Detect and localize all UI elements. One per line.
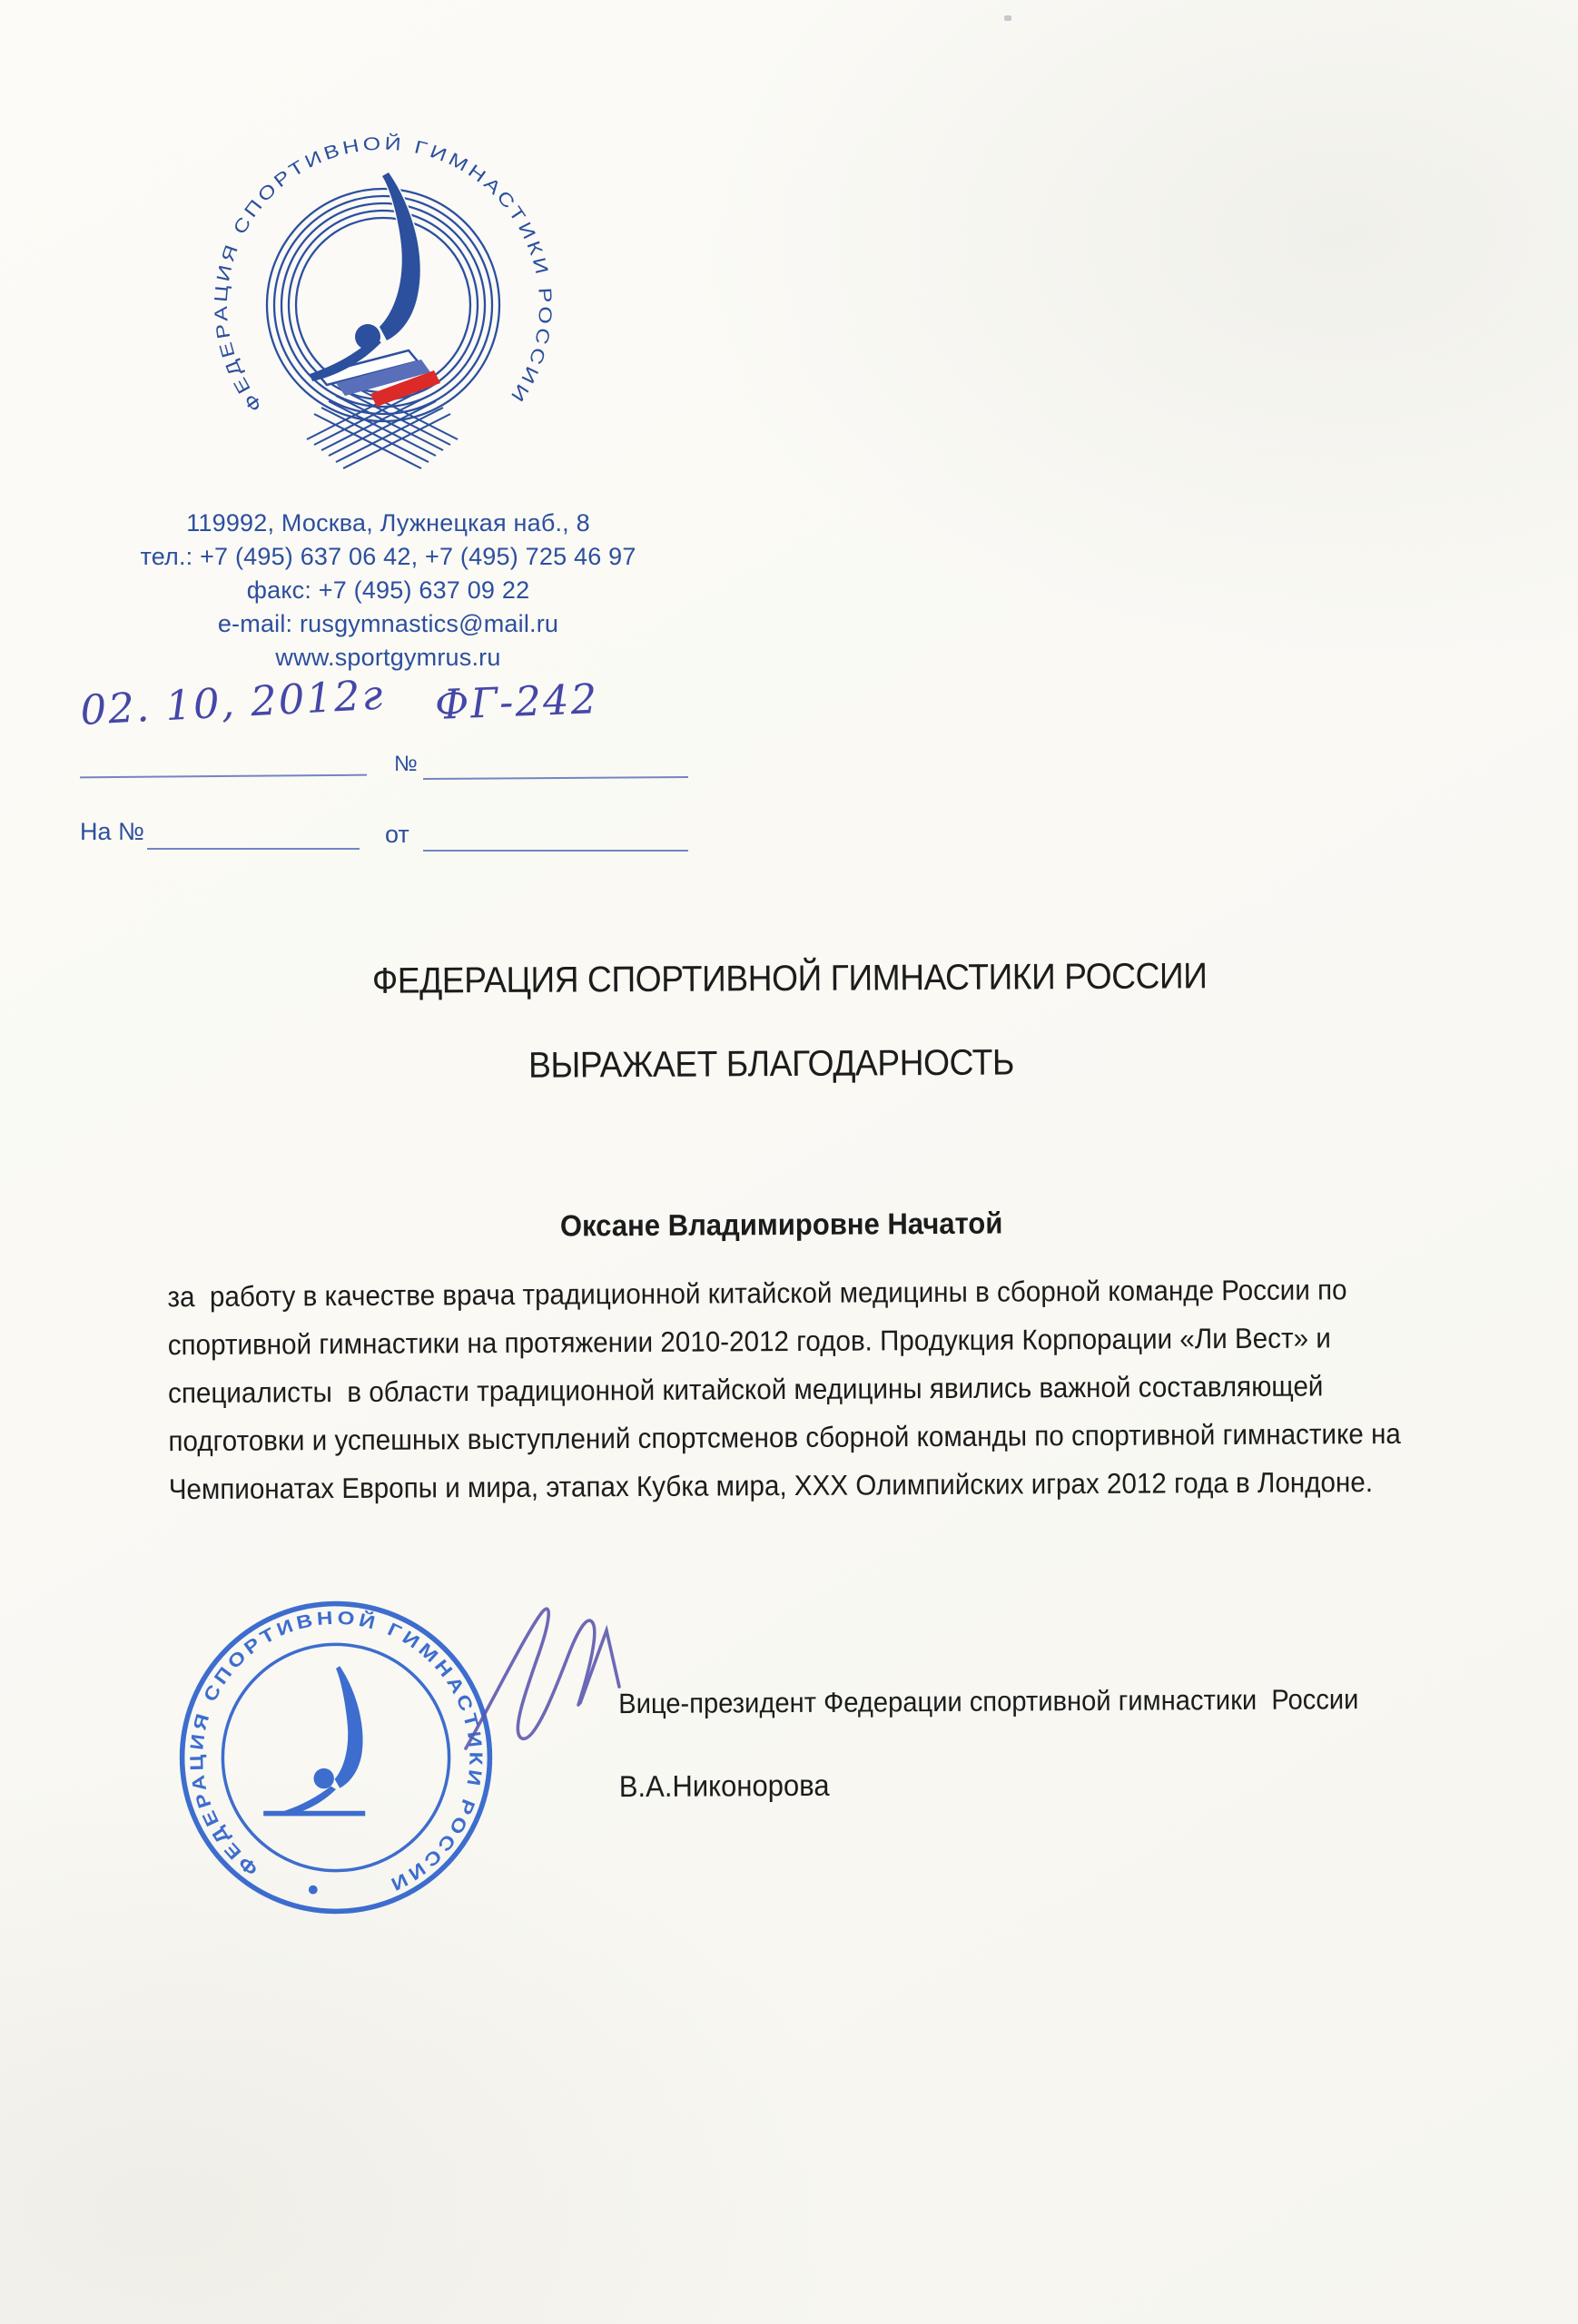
scanned-letter-page: ФЕДЕРАЦИЯ СПОРТИВНОЙ ГИМНАСТИКИ РОССИИ 1…: [0, 0, 1578, 2324]
stamp-ring-text: ФЕДЕРАЦИЯ СПОРТИВНОЙ ГИМНАСТИКИ РОССИИ: [187, 1609, 485, 1896]
stamp-separator-dot: [309, 1886, 318, 1895]
scan-artifact-mark: [1004, 15, 1011, 21]
recipient-name: Оксане Владимировне Начатой: [560, 1206, 1031, 1243]
signer-position-line: Вице-президент Федерации спортивной гимн…: [618, 1683, 1405, 1720]
stamp-outer-ring: [182, 1604, 490, 1912]
letter-typed-content: ФЕДЕРАЦИЯ СПОРТИВНОЙ ГИМНАСТИКИ РОССИИ В…: [0, 0, 1578, 2324]
handwritten-signature: [459, 1596, 654, 1773]
signer-name: В.А.Никонорова: [619, 1768, 843, 1805]
letter-title-line1: ФЕДЕРАЦИЯ СПОРТИВНОЙ ГИМНАСТИКИ РОССИИ: [0, 954, 1578, 1005]
stamp-gymnast-figure-icon: [263, 1666, 365, 1816]
body-line: специалисты в области традиционной китай…: [168, 1361, 1479, 1417]
letter-title-line2: ВЫРАЖАЕТ БЛАГОДАРНОСТЬ: [0, 1039, 1561, 1090]
letter-body-paragraph: за работу в качестве врача традиционной …: [167, 1265, 1480, 1513]
body-line: спортивной гимнастики на протяжении 2010…: [168, 1313, 1479, 1369]
body-line: за работу в качестве врача традиционной …: [167, 1265, 1478, 1321]
body-line: подготовки и успешных выступлений спортс…: [168, 1409, 1479, 1465]
stamp-inner-ring: [222, 1644, 449, 1870]
body-line: Чемпионатах Европы и мира, этапах Кубка …: [169, 1457, 1480, 1513]
round-stamp-seal: ФЕДЕРАЦИЯ СПОРТИВНОЙ ГИМНАСТИКИ РОССИИ: [177, 1599, 495, 1916]
